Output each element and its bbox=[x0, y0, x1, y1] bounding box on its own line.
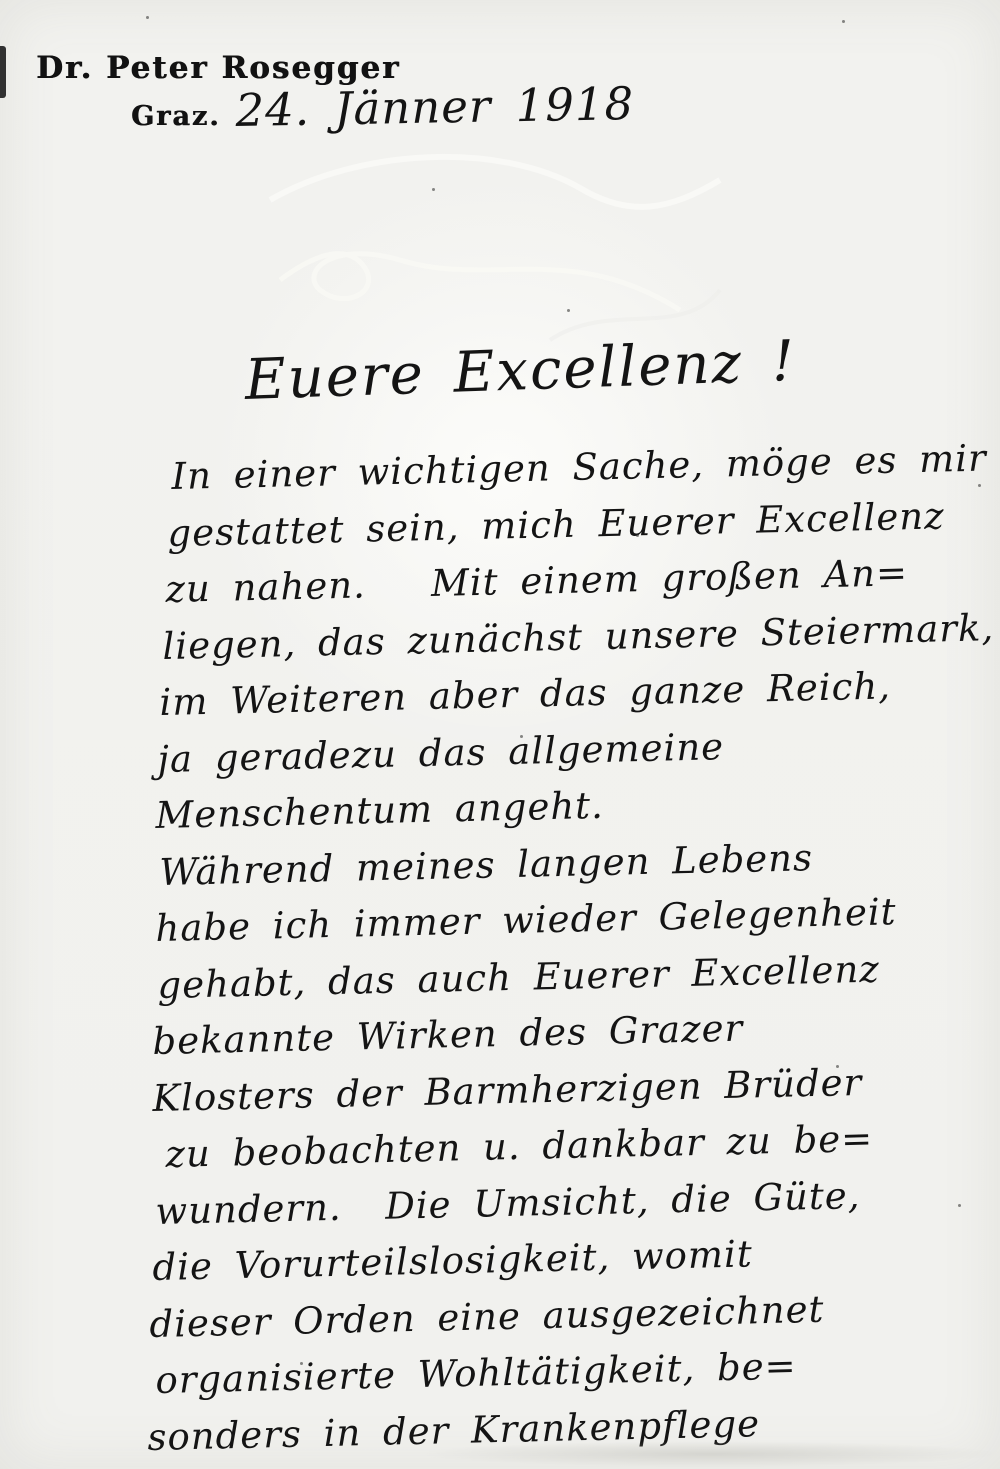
scan-edge-mark bbox=[0, 46, 6, 98]
body-line: zu nahen. Mit einem großen An= bbox=[165, 551, 908, 611]
body-line: Während meines langen Lebens bbox=[159, 836, 813, 894]
body-line: liegen, das zunächst unsere Steiermark, bbox=[162, 606, 995, 668]
body-line: Menschentum angeht. bbox=[155, 784, 604, 837]
body-line: bekannte Wirken des Grazer bbox=[152, 1007, 744, 1063]
body-line: gestattet sein, mich Euerer Excellenz bbox=[167, 494, 945, 555]
paper-speck bbox=[842, 20, 845, 23]
date-handwritten: 24. Jänner 1918 bbox=[235, 77, 635, 137]
paper-speck bbox=[836, 1065, 839, 1068]
letter-page: Dr. Peter Rosegger Graz. 24. Jänner 1918… bbox=[0, 0, 1000, 1469]
body-line: zu beobachten u. dankbar zu be= bbox=[165, 1117, 874, 1176]
paper-speck bbox=[432, 188, 435, 191]
paper-speck bbox=[978, 484, 981, 487]
bottom-smudge bbox=[420, 1441, 1000, 1467]
body-line: Klosters der Barmherzigen Brüder bbox=[152, 1061, 863, 1120]
body-line: im Weiteren aber das ganze Reich, bbox=[159, 664, 891, 724]
paper-speck bbox=[146, 16, 149, 19]
body-line: habe ich immer wieder Gelegenheit bbox=[155, 890, 897, 950]
letterhead-name: Dr. Peter Rosegger bbox=[36, 50, 400, 86]
paper-speck bbox=[520, 735, 523, 738]
paper-speck bbox=[567, 309, 570, 312]
body-line: dieser Orden eine ausgezeichnet bbox=[149, 1288, 825, 1346]
paper-speck bbox=[300, 1362, 303, 1365]
body-line: In einer wichtigen Sache, möge es mir bbox=[171, 437, 987, 498]
body-line: ja geradezu das allgemeine bbox=[157, 725, 724, 781]
body-line: die Vorurteilslosigkeit, womit bbox=[152, 1232, 753, 1289]
body-line: organisierte Wohltätigkeit, be= bbox=[155, 1344, 797, 1402]
paper-speck bbox=[958, 1204, 961, 1207]
letterhead-place: Graz. bbox=[131, 101, 221, 132]
body-line: gehabt, das auch Euerer Excellenz bbox=[157, 948, 880, 1007]
body-line: wundern. Die Umsicht, die Güte, bbox=[155, 1174, 861, 1233]
paper-speck bbox=[636, 534, 639, 537]
